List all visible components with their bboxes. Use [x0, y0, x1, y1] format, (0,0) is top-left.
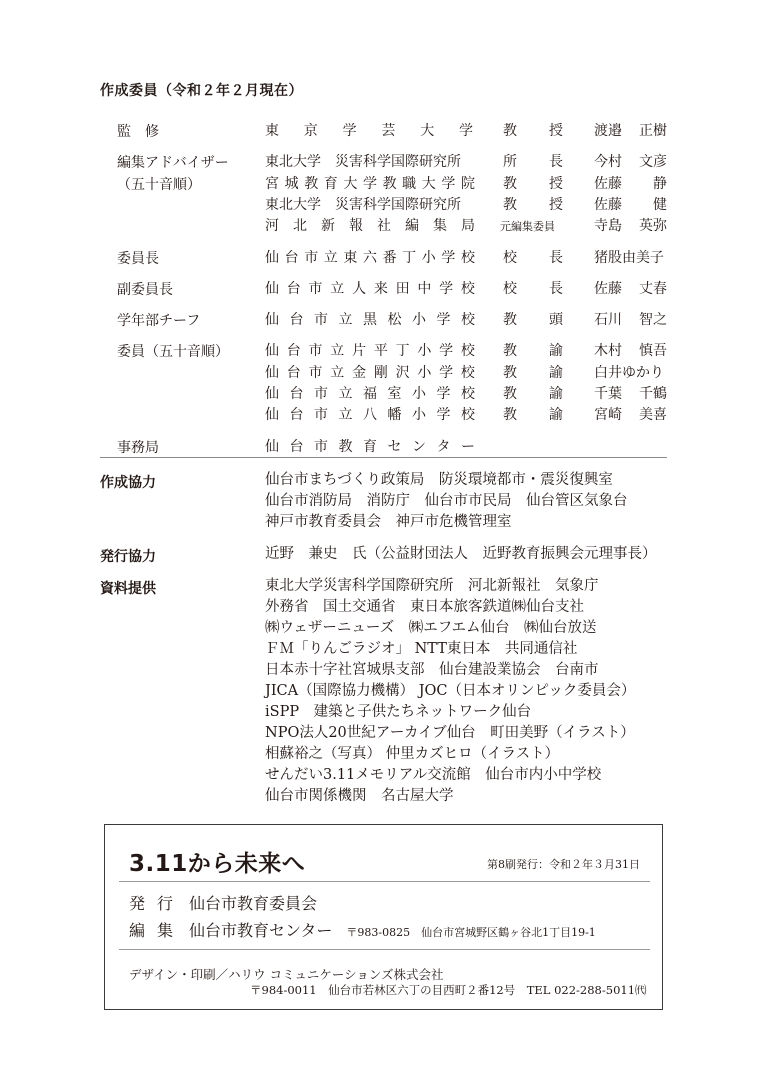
- member-name: 猪股由美子: [594, 248, 667, 269]
- org-char: 芸: [381, 121, 395, 142]
- editor-label: 編集: [129, 918, 189, 941]
- org-char: 台: [285, 248, 299, 269]
- org-char: 市: [314, 437, 328, 458]
- org-char: 教: [383, 174, 397, 195]
- org-char: 立: [339, 384, 353, 405]
- title-char: 教: [503, 195, 517, 216]
- title-char: 諭: [549, 341, 563, 362]
- org-char: 校: [461, 279, 475, 300]
- member-name: 寺島英弥: [594, 216, 667, 237]
- org-char: 学: [437, 384, 451, 405]
- given-name: 丈春: [639, 279, 667, 300]
- org-char: 北: [293, 216, 307, 237]
- org-char: 田: [396, 279, 410, 300]
- book-title: 3.11から未来へ: [129, 845, 305, 878]
- org-char: 台: [287, 341, 301, 362]
- org-char: 小: [412, 405, 426, 426]
- member-title: 教諭: [503, 384, 563, 405]
- org-char: 台: [290, 437, 304, 458]
- title-char: 諭: [549, 363, 563, 384]
- org-char: 金: [352, 363, 366, 384]
- org-char: 仙: [265, 363, 279, 384]
- org-char: 院: [461, 174, 475, 195]
- family-name: 木村: [594, 341, 622, 362]
- org-char: 六: [363, 248, 377, 269]
- org-char: 大: [422, 174, 436, 195]
- org-char: 松: [388, 310, 402, 331]
- org-char: 仙: [265, 341, 279, 362]
- org-char: 市: [314, 384, 328, 405]
- org-char: 小: [422, 248, 436, 269]
- org-char: 台: [290, 405, 304, 426]
- member-organization: 宮城教育大学教職大学院: [265, 174, 475, 195]
- committee-heading: 作成委員（令和２年２月現在）: [100, 80, 303, 100]
- family-name: 宮崎: [594, 405, 622, 426]
- materials-label: 資料提供: [100, 578, 156, 598]
- org-char: セ: [388, 437, 402, 458]
- org-char: ー: [461, 437, 475, 458]
- materials-line: 相蘇裕之（写真） 仲里カズヒロ（イラスト）: [265, 744, 635, 765]
- given-name: 千鶴: [639, 384, 667, 405]
- member-title: 教諭: [503, 341, 563, 362]
- family-name: 寺島: [594, 216, 622, 237]
- org-char: 育: [324, 174, 338, 195]
- org-char: 立: [330, 279, 344, 300]
- title-char: 長: [549, 152, 563, 173]
- materials-line: ＦＭ「りんごラジオ」 NTT東日本 共同通信社: [265, 639, 635, 660]
- materials-line: せんだい3.11メモリアル交流館 仙台市内小中学校: [265, 765, 635, 786]
- org-char: タ: [437, 437, 451, 458]
- title-char: 長: [549, 279, 563, 300]
- committee-role-note: （五十音順）: [117, 174, 201, 194]
- member-organization: 河北新報社編集局: [265, 216, 475, 237]
- title-char: 教: [503, 405, 517, 426]
- org-char: 黒: [363, 310, 377, 331]
- materials-line: iSPP 建築と子供たちネットワーク仙台: [265, 702, 635, 723]
- org-char: 教: [339, 437, 353, 458]
- cooperation-line: 仙台市消防局 消防庁 仙台市市民局 仙台管区気象台: [265, 491, 628, 512]
- org-char: 京: [304, 121, 318, 142]
- org-char: 校: [461, 310, 475, 331]
- org-char: 校: [461, 248, 475, 269]
- org-char: 東: [265, 121, 279, 142]
- committee-role: 編集アドバイザー: [117, 152, 229, 172]
- given-name: 文彦: [639, 152, 667, 173]
- org-char: 幡: [388, 405, 402, 426]
- materials-list: 東北大学災害科学国際研究所 河北新報社 気象庁 外務省 国土交通省 東日本旅客鉄…: [265, 576, 635, 807]
- org-char: 宮: [265, 174, 279, 195]
- family-name: 佐藤: [594, 174, 622, 195]
- org-char: 校: [461, 341, 475, 362]
- org-char: 八: [363, 405, 377, 426]
- org-char: 小: [417, 341, 431, 362]
- org-char: 仙: [265, 405, 279, 426]
- org-char: 東: [343, 248, 357, 269]
- org-char: 校: [461, 384, 475, 405]
- family-name: 今村: [594, 152, 622, 173]
- member-name: 木村慎吾: [594, 341, 667, 362]
- committee-role: 監 修: [117, 121, 159, 141]
- org-char: 小: [417, 363, 431, 384]
- member-name: 佐藤丈春: [594, 279, 667, 300]
- title-char: 教: [503, 174, 517, 195]
- org-char: 学: [437, 310, 451, 331]
- member-organization: 東北大学 災害科学国際研究所: [265, 195, 475, 216]
- org-char: 学: [437, 405, 451, 426]
- materials-line: NPO法人20世紀アーカイブ仙台 町田美野（イラスト）: [265, 723, 635, 744]
- member-title: 所長: [503, 152, 563, 173]
- colophon-box: 3.11から未来へ 第8刷発行：令和２年３月31日 発行仙台市教育委員会 編集仙…: [104, 824, 663, 1010]
- org-char: 台: [290, 310, 304, 331]
- print-info: 第8刷発行：令和２年３月31日: [487, 856, 640, 872]
- materials-line: 仙台市関係機関 名古屋大学: [265, 786, 635, 807]
- member-name: 佐藤静: [594, 174, 667, 195]
- member-title: 元編集委員: [500, 216, 566, 237]
- cooperation-line: 仙台市まちづくり政策局 防災環境都市・震災復興室: [265, 470, 628, 491]
- org-char: 台: [287, 363, 301, 384]
- title-char: 教: [503, 384, 517, 405]
- title-char: 諭: [549, 384, 563, 405]
- materials-line: 外務省 国土交通省 東日本旅客鉄道㈱仙台支社: [265, 597, 635, 618]
- editor-address: 〒983-0825 仙台市宮城野区鶴ヶ谷北1丁目19-1: [346, 926, 595, 939]
- given-name: 健: [653, 195, 667, 216]
- title-char: 所: [503, 152, 517, 173]
- given-name: 静: [653, 174, 667, 195]
- org-char: 職: [402, 174, 416, 195]
- org-char: 社: [377, 216, 391, 237]
- member-title: 教授: [503, 121, 563, 142]
- org-char: 大: [420, 121, 434, 142]
- member-name: 佐藤健: [594, 195, 667, 216]
- family-name: 石川: [594, 310, 622, 331]
- member-title: 教頭: [503, 310, 563, 331]
- member-organization: 東北大学 災害科学国際研究所: [265, 152, 475, 173]
- cooperation-line: 神戸市教育委員会 神戸市危機管理室: [265, 512, 628, 533]
- member-organization: 仙台市立福室小学校: [265, 384, 475, 405]
- design-credit: デザイン・印刷／ハリウ コミュニケーションズ株式会社: [129, 965, 443, 983]
- cooperation-label: 作成協力: [100, 472, 156, 492]
- org-char: 台: [290, 384, 304, 405]
- org-char: 仙: [265, 437, 279, 458]
- member-organization: 仙台市立黒松小学校: [265, 310, 475, 331]
- org-char: 仙: [265, 310, 279, 331]
- publisher-name: 仙台市教育委員会: [189, 894, 317, 913]
- org-char: 大: [343, 174, 357, 195]
- given-name: 慎吾: [639, 341, 667, 362]
- org-char: 立: [339, 310, 353, 331]
- materials-line: 東北大学災害科学国際研究所 河北新報社 気象庁: [265, 576, 635, 597]
- org-char: 河: [265, 216, 279, 237]
- org-char: 立: [339, 405, 353, 426]
- org-char: 学: [439, 341, 453, 362]
- org-char: 仙: [265, 384, 279, 405]
- org-char: 平: [374, 341, 388, 362]
- editor-row: 編集仙台市教育センター〒983-0825 仙台市宮城野区鶴ヶ谷北1丁目19-1: [129, 918, 596, 941]
- given-name: 美喜: [639, 405, 667, 426]
- org-char: 立: [330, 341, 344, 362]
- title-char: 頭: [549, 310, 563, 331]
- member-name: 渡邉正樹: [594, 121, 667, 142]
- title-char: 授: [549, 174, 563, 195]
- materials-line: JICA（国際協力機構） JOC（日本オリンピック委員会）: [265, 681, 635, 702]
- publishing-cooperation-list: 近野 兼史 氏（公益財団法人 近野教育振興会元理事長）: [265, 544, 657, 565]
- member-title: 教諭: [503, 405, 563, 426]
- member-organization: 仙台市立八幡小学校: [265, 405, 475, 426]
- org-char: 番: [383, 248, 397, 269]
- org-char: 育: [363, 437, 377, 458]
- org-char: 新: [321, 216, 335, 237]
- title-char: 校: [503, 248, 517, 269]
- member-organization: 仙台市立人来田中学校: [265, 279, 475, 300]
- org-char: 編: [405, 216, 419, 237]
- publisher-label: 発行: [129, 891, 189, 914]
- committee-role: 学年部チーフ: [117, 310, 200, 330]
- title-char: 諭: [549, 405, 563, 426]
- org-char: 人: [352, 279, 366, 300]
- org-char: 市: [309, 363, 323, 384]
- member-organization: 東京学芸大学: [265, 121, 473, 142]
- editor-name: 仙台市教育センター: [189, 921, 332, 940]
- member-organization: 仙台市立片平丁小学校: [265, 341, 475, 362]
- org-char: 市: [314, 310, 328, 331]
- family-name: 佐藤: [594, 195, 622, 216]
- title-char: 授: [549, 121, 563, 142]
- materials-line: 日本赤十字社宮城県支部 仙台建設業協会 台南市: [265, 660, 635, 681]
- given-name: 英弥: [639, 216, 667, 237]
- org-char: 集: [433, 216, 447, 237]
- publishing-cooperation-line: 近野 兼史 氏（公益財団法人 近野教育振興会元理事長）: [265, 544, 657, 565]
- member-organization: 仙台市立金剛沢小学校: [265, 363, 475, 384]
- member-title: 教授: [503, 195, 563, 216]
- org-char: 学: [439, 363, 453, 384]
- org-char: 学: [363, 174, 377, 195]
- member-organization: 仙台市立東六番丁小学校: [265, 248, 475, 269]
- member-name: 白井ゆかり: [594, 363, 667, 384]
- org-char: ン: [412, 437, 426, 458]
- org-char: 中: [417, 279, 431, 300]
- cooperation-list: 仙台市まちづくり政策局 防災環境都市・震災復興室 仙台市消防局 消防庁 仙台市市…: [265, 470, 628, 533]
- org-char: 室: [388, 384, 402, 405]
- org-char: 城: [285, 174, 299, 195]
- org-char: 学: [441, 248, 455, 269]
- org-char: 仙: [265, 279, 279, 300]
- org-char: 立: [330, 363, 344, 384]
- org-char: 丁: [396, 341, 410, 362]
- publishing-cooperation-label: 発行協力: [100, 546, 156, 566]
- org-char: 報: [349, 216, 363, 237]
- org-char: 剛: [374, 363, 388, 384]
- given-name: 正樹: [639, 121, 667, 142]
- org-char: 局: [461, 216, 475, 237]
- given-name: 智之: [639, 310, 667, 331]
- member-title: 教授: [503, 174, 563, 195]
- committee-role: 副委員長: [117, 279, 173, 299]
- org-char: 小: [412, 384, 426, 405]
- member-title: 校長: [503, 279, 563, 300]
- family-name: 渡邉: [594, 121, 622, 142]
- org-char: 市: [309, 279, 323, 300]
- member-title: 教諭: [503, 363, 563, 384]
- org-char: 小: [412, 310, 426, 331]
- org-char: 片: [352, 341, 366, 362]
- org-char: 学: [439, 279, 453, 300]
- org-char: 福: [363, 384, 377, 405]
- title-char: 校: [503, 279, 517, 300]
- materials-line: ㈱ウェザーニューズ ㈱エフエム仙台 ㈱仙台放送: [265, 618, 635, 639]
- colophon-divider: [119, 949, 650, 950]
- title-char: 授: [549, 195, 563, 216]
- org-char: 校: [461, 405, 475, 426]
- credits-page: 作成委員（令和２年２月現在） 監 修東京学芸大学教授渡邉正樹編集アドバイザー（五…: [0, 0, 768, 1084]
- committee-role: 委員（五十音順）: [117, 341, 229, 361]
- design-address: 〒984-0011 仙台市若林区六丁の目西町２番12号 TEL 022-288-…: [250, 982, 647, 998]
- member-name: 千葉千鶴: [594, 384, 667, 405]
- committee-role: 委員長: [117, 248, 159, 268]
- member-title: 校長: [503, 248, 563, 269]
- org-char: 学: [441, 174, 455, 195]
- colophon-divider: [119, 881, 650, 882]
- title-char: 長: [549, 248, 563, 269]
- section-divider: [100, 457, 667, 458]
- title-char: 教: [503, 363, 517, 384]
- org-char: 立: [324, 248, 338, 269]
- title-char: 教: [503, 341, 517, 362]
- member-name: 石川智之: [594, 310, 667, 331]
- org-char: 市: [309, 341, 323, 362]
- org-char: 教: [304, 174, 318, 195]
- title-char: 教: [503, 310, 517, 331]
- family-name: 千葉: [594, 384, 622, 405]
- member-organization: 仙台市教育センター: [265, 437, 475, 458]
- org-char: 市: [304, 248, 318, 269]
- org-char: 来: [374, 279, 388, 300]
- publisher-row: 発行仙台市教育委員会: [129, 891, 317, 914]
- member-name: 宮崎美喜: [594, 405, 667, 426]
- org-char: 学: [343, 121, 357, 142]
- org-char: 学: [459, 121, 473, 142]
- org-char: 校: [461, 363, 475, 384]
- org-char: 市: [314, 405, 328, 426]
- org-char: 丁: [402, 248, 416, 269]
- title-char: 教: [503, 121, 517, 142]
- org-char: 台: [287, 279, 301, 300]
- family-name: 佐藤: [594, 279, 622, 300]
- member-name: 今村文彦: [594, 152, 667, 173]
- org-char: 沢: [396, 363, 410, 384]
- org-char: 仙: [265, 248, 279, 269]
- committee-role: 事務局: [117, 437, 159, 457]
